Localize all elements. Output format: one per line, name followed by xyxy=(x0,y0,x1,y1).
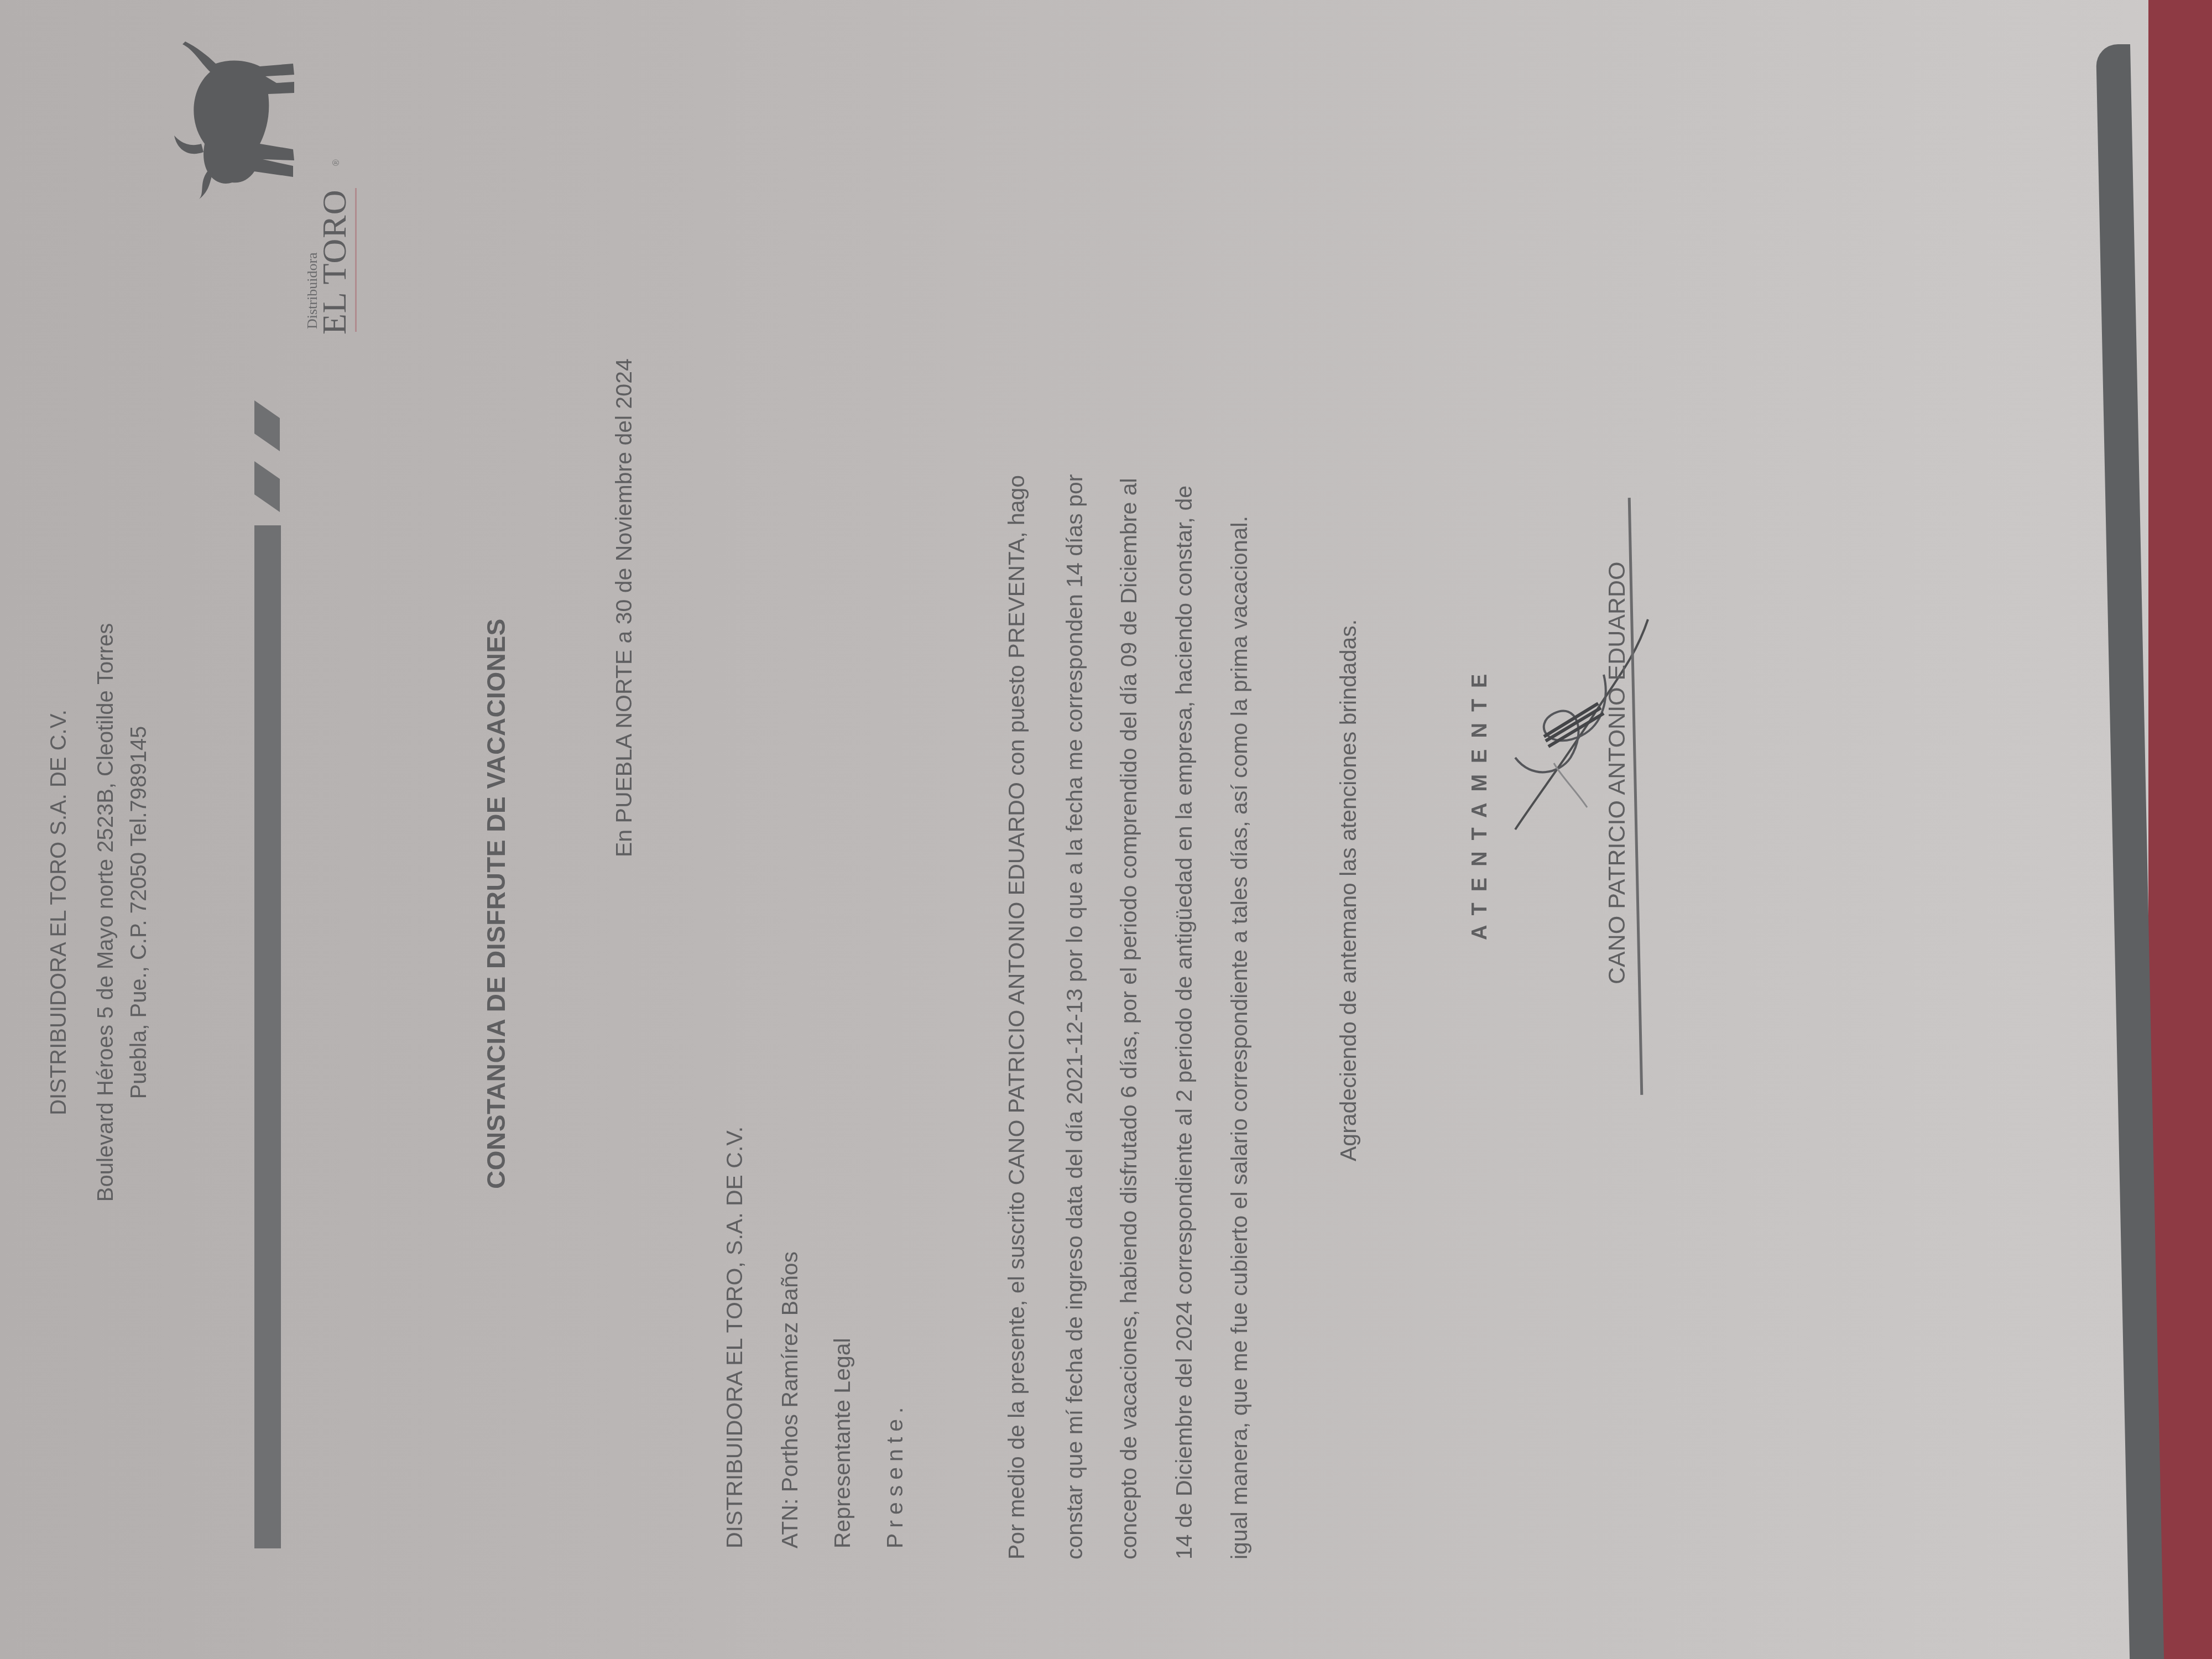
body-line: igual manera, que me fue cubierto el sal… xyxy=(1227,516,1253,1559)
header-stripe-segment xyxy=(254,461,280,512)
letterhead-address-line2: Puebla, Pue., C.P. 72050 Tel.7989145 xyxy=(124,332,153,1493)
logo-tagline-line xyxy=(355,188,357,332)
header-stripe xyxy=(254,525,281,1548)
logo-brand: EL TORO xyxy=(315,190,354,335)
addressee-attention: ATN: Porthos Ramírez Baños xyxy=(777,1251,803,1548)
body-line: Por medio de la presente, el suscrito CA… xyxy=(1004,475,1030,1559)
letterhead-address-line1: Boulevard Héroes 5 de Mayo norte 2523B, … xyxy=(91,332,120,1493)
place-date: En PUEBLA NORTE a 30 de Noviembre del 20… xyxy=(611,358,637,857)
bull-icon xyxy=(166,39,299,205)
header-stripe-segment xyxy=(254,400,280,451)
body-line: concepto de vacaciones, habiendo disfrut… xyxy=(1116,478,1142,1559)
document-title: CONSTANCIA DE DISFRUTE DE VACACIONES xyxy=(481,618,511,1189)
addressee-company: DISTRIBUIDORA EL TORO, S.A. DE C.V. xyxy=(722,1126,748,1548)
registered-mark-icon: ® xyxy=(332,159,342,166)
body-line: 14 de Diciembre del 2024 correspondiente… xyxy=(1171,486,1197,1559)
closing-thanks: Agradeciendo de antemano las atenciones … xyxy=(1335,619,1361,1161)
addressee-role: Representante Legal xyxy=(830,1338,855,1548)
addressee-salutation: Presente. xyxy=(882,1402,908,1549)
company-logo: Distribuidora EL TORO ® xyxy=(166,22,365,343)
body-line: constar que mí fecha de ingreso data del… xyxy=(1062,474,1088,1559)
letterhead-company: DISTRIBUIDORA EL TORO S.A. DE C.V. xyxy=(44,332,73,1493)
signatory-name: CANO PATRICIO ANTONIO EDUARDO xyxy=(1604,561,1631,984)
letter-page: DISTRIBUIDORA EL TORO S.A. DE C.V. Boule… xyxy=(0,0,2212,1659)
closing-regards: ATENTAMENTE xyxy=(1468,663,1492,940)
